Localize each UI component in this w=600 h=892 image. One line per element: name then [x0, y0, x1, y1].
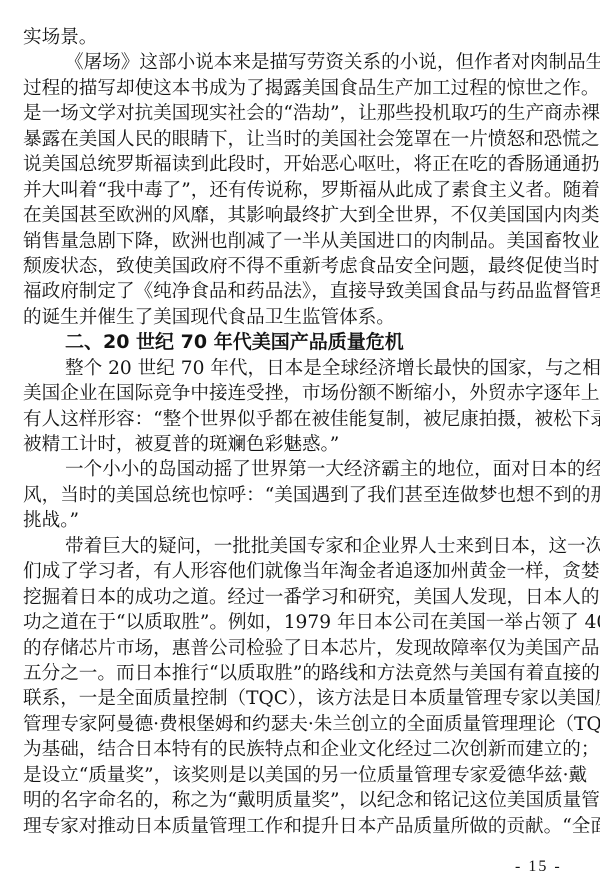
text-line: 实场景。	[23, 25, 569, 50]
text-line: 功之道在于“以质取胜”。例如，1979 年日本公司在美国一举占领了 40%	[23, 610, 569, 635]
text-line: 颓废状态，致使美国政府不得不重新考虑食品安全问题，最终促使当时的罗斯	[23, 254, 569, 279]
document-page: 实场景。 《屠场》这部小说本来是描写劳资关系的小说，但作者对肉制品生产加工 过程…	[23, 25, 569, 839]
text-line: 风，当时的美国总统也惊呼：“美国遇到了我们甚至连做梦也想不到的那种	[23, 483, 569, 508]
text-line: 的诞生并催生了美国现代食品卫生监管体系。	[23, 305, 569, 330]
text-line: 为基础，结合日本特有的民族特点和企业文化经过二次创新而建立的；二	[23, 737, 569, 762]
text-line: 有人这样形容：“整个世界似乎都在被佳能复制，被尼康拍摄，被松下录影，	[23, 407, 569, 432]
section-heading: 二、20 世纪 70 年代美国产品质量危机	[23, 330, 569, 355]
text-line: 一个小小的岛国动摇了世界第一大经济霸主的地位，面对日本的经济旋	[23, 457, 569, 482]
page-number: - 15 -	[515, 858, 562, 876]
text-line: 销售量急剧下降，欧洲也削减了一半从美国进口的肉制品。美国畜牧业呈现半	[23, 229, 569, 254]
text-line: 挑战。”	[23, 508, 569, 533]
text-line: 被精工计时，被夏普的斑斓色彩魅惑。”	[23, 432, 569, 457]
text-line: 整个 20 世纪 70 年代，日本是全球经济增长最快的国家，与之相反的是	[23, 356, 569, 381]
paragraph-quality-learning: 带着巨大的疑问，一批批美国专家和企业界人士来到日本，这一次他 们成了学习者，有人…	[23, 534, 569, 839]
text-line: 福政府制定了《纯净食品和药品法》，直接导致美国食品与药品监督管理局（FDA）	[23, 279, 569, 304]
text-line: 理专家对推动日本质量管理工作和提升日本产品质量所做的贡献。“全面	[23, 814, 569, 839]
text-line: 是一场文学对抗美国现实社会的“浩劫”，让那些投机取巧的生产商赤裸裸地	[23, 101, 569, 126]
continuation-text: 实场景。	[23, 25, 569, 50]
text-line: 挖掘着日本的成功之道。经过一番学习和研究，美国人发现，日本人的成	[23, 585, 569, 610]
text-line: 管理专家阿曼德·费根堡姆和约瑟夫·朱兰创立的全面质量管理理论（TQM）	[23, 712, 569, 737]
text-line: 明的名字命名的，称之为“戴明质量奖”，以纪念和铭记这位美国质量管	[23, 788, 569, 813]
text-line: 过程的描写却使这本书成为了揭露美国食品生产加工过程的惊世之作。这无疑	[23, 76, 569, 101]
paragraph-island-nation: 一个小小的岛国动摇了世界第一大经济霸主的地位，面对日本的经济旋 风，当时的美国总…	[23, 457, 569, 533]
text-line: 带着巨大的疑问，一批批美国专家和企业界人士来到日本，这一次他	[23, 534, 569, 559]
text-line: 们成了学习者，有人形容他们就像当年淘金者追逐加州黄金一样，贪婪地	[23, 559, 569, 584]
text-line: 在美国甚至欧洲的风靡，其影响最终扩大到全世界，不仅美国国内肉类食品的	[23, 203, 569, 228]
text-line: 《屠场》这部小说本来是描写劳资关系的小说，但作者对肉制品生产加工	[23, 50, 569, 75]
text-line: 暴露在美国人民的眼睛下，让当时的美国社会笼罩在一片愤怒和恐慌之中，据	[23, 127, 569, 152]
paragraph-japan-growth: 整个 20 世纪 70 年代，日本是全球经济增长最快的国家，与之相反的是 美国企…	[23, 356, 569, 458]
text-line: 说美国总统罗斯福读到此段时，开始恶心呕吐，将正在吃的香肠通通扔出窗外，	[23, 152, 569, 177]
text-line: 并大叫着“我中毒了”，还有传说称，罗斯福从此成了素食主义者。随着《屠场》	[23, 178, 569, 203]
text-line: 是设立“质量奖”，该奖则是以美国的另一位质量管理专家爱德华兹·戴	[23, 763, 569, 788]
text-line: 联系，一是全面质量控制（TQC），该方法是日本质量管理专家以美国质量	[23, 686, 569, 711]
text-line: 美国企业在国际竞争中接连受挫，市场份额不断缩小，外贸赤字逐年上升。	[23, 381, 569, 406]
text-line: 五分之一。而日本推行“以质取胜”的路线和方法竟然与美国有着直接的	[23, 661, 569, 686]
text-line: 的存储芯片市场，惠普公司检验了日本芯片，发现故障率仅为美国产品的	[23, 636, 569, 661]
paragraph-the-jungle: 《屠场》这部小说本来是描写劳资关系的小说，但作者对肉制品生产加工 过程的描写却使…	[23, 50, 569, 330]
